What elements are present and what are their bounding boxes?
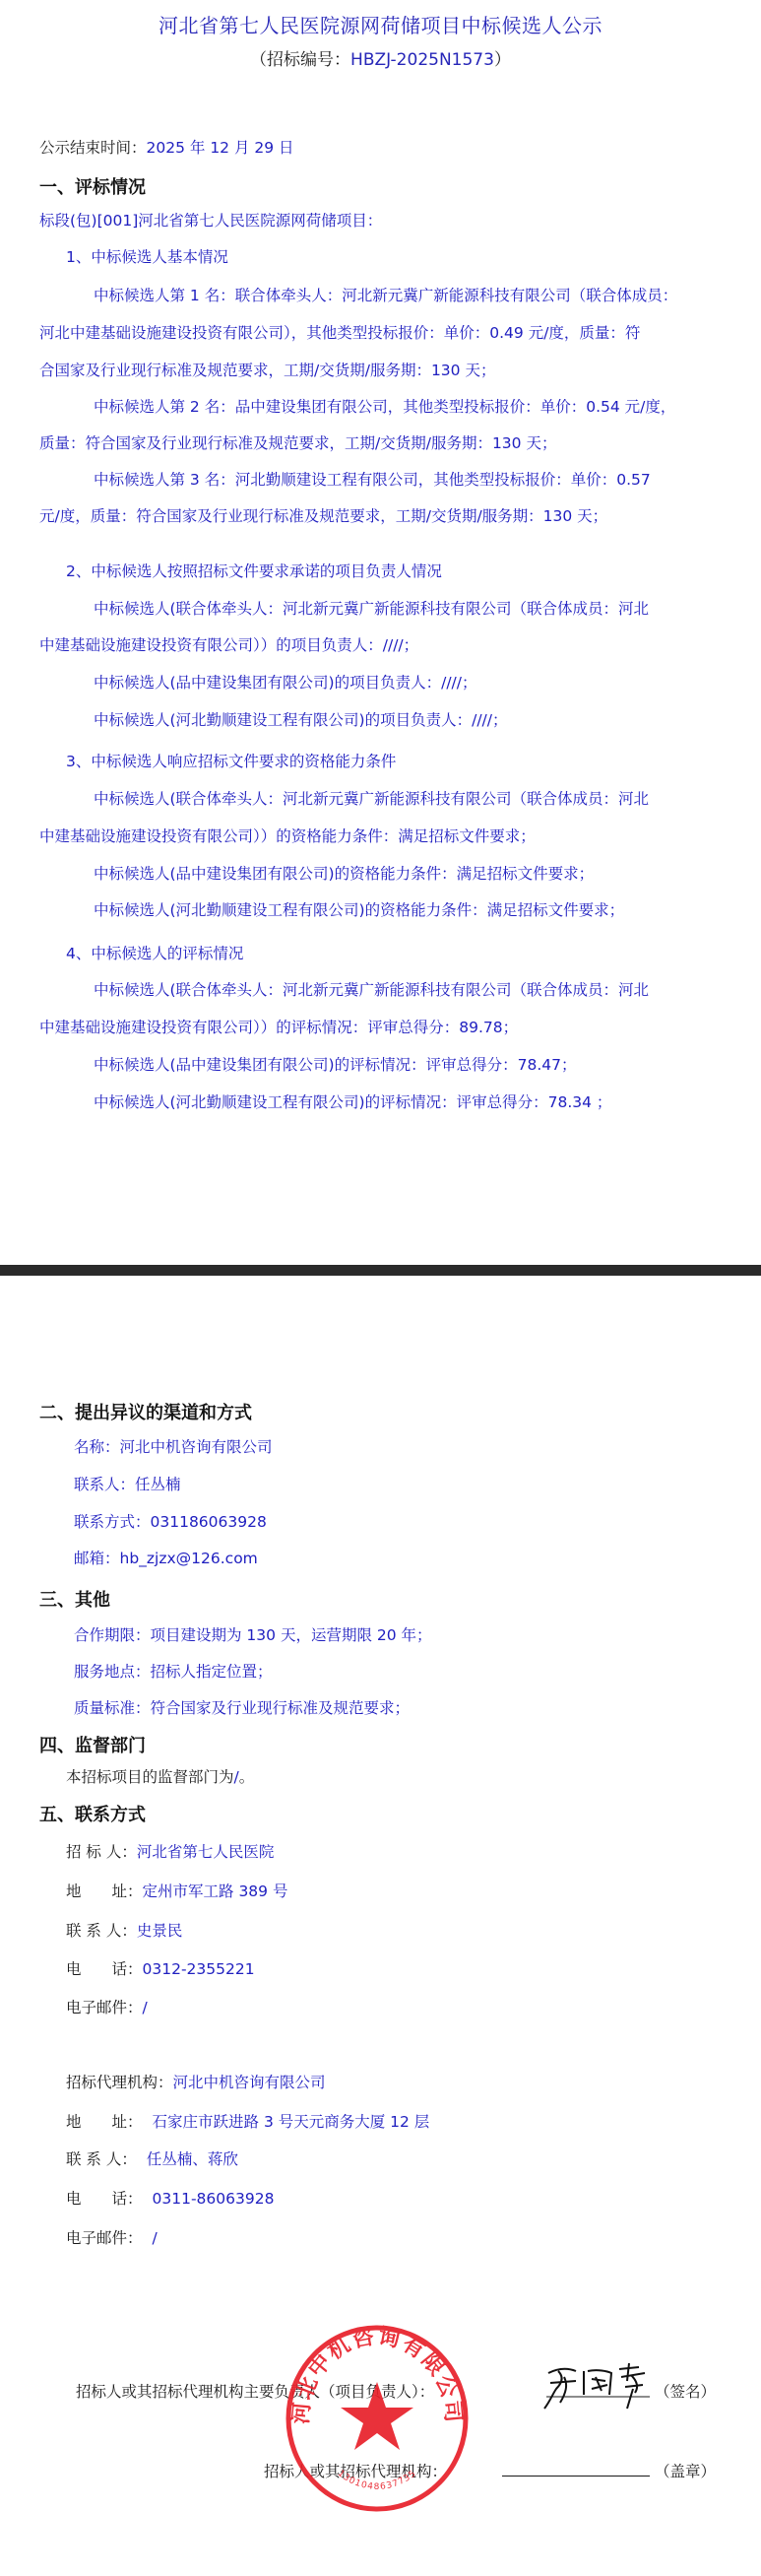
tenderer-contact-value: 史景民 — [137, 1922, 183, 1940]
subtitle-prefix: （招标编号： — [250, 50, 350, 70]
agency-email-value: / — [153, 2229, 158, 2247]
section-heading-other: 三、其他 — [39, 1586, 110, 1612]
seal-suffix: （盖章） — [655, 2460, 716, 2481]
tenderer-email-label: 电子邮件： — [66, 1999, 143, 2016]
subsection-heading-basic-info: 1、中标候选人基本情况 — [66, 245, 228, 267]
objection-contact-person: 联系人：任丛楠 — [74, 1473, 181, 1494]
qual-line-2: 中建基础设施建设投资有限公司））的资格能力条件：满足招标文件要求； — [39, 825, 536, 846]
candidate-2-line-2: 质量：符合国家及行业现行标准及规范要求，工期/交货期/服务期：130 天； — [39, 431, 556, 453]
tenderer-phone-label: 电 话： — [66, 1960, 143, 1978]
agency-contact-value: 任丛楠、蒋欣 — [147, 2150, 238, 2168]
tenderer-contact-label: 联 系 人： — [66, 1922, 137, 1940]
tenderer-phone-row: 电 话：0312-2355221 — [66, 1957, 255, 1979]
tenderer-address-label: 地 址： — [66, 1882, 143, 1900]
document-subtitle: （招标编号：HBZJ-2025N1573） — [0, 45, 761, 70]
tenderer-email-row: 电子邮件：/ — [66, 1996, 148, 2017]
objection-email[interactable]: 邮箱：hb_zjzx@126.com — [74, 1547, 258, 1568]
supervision-prefix: 本招标项目的监督部门为 — [66, 1768, 234, 1786]
page-break-divider — [0, 1265, 761, 1276]
other-cooperation-period: 合作期限：项目建设期为 130 天，运营期限 20 年； — [74, 1623, 432, 1645]
other-quality-standard: 质量标准：符合国家及行业现行标准及规范要求； — [74, 1696, 410, 1718]
candidate-3-line-2: 元/度，质量：符合国家及行业现行标准及规范要求，工期/交货期/服务期：130 天… — [39, 504, 607, 526]
qual-line-4: 中标候选人(河北勤顺建设工程有限公司)的资格能力条件：满足招标文件要求； — [94, 898, 624, 920]
principal-signature-suffix: （签名） — [655, 2380, 716, 2402]
objection-name: 名称：河北中机咨询有限公司 — [74, 1435, 273, 1457]
agency-email-label: 电子邮件： — [66, 2229, 143, 2247]
agency-name-label: 招标代理机构： — [66, 2074, 173, 2091]
tenderer-phone-value: 0312-2355221 — [143, 1960, 255, 1978]
tenderer-name-row: 招 标 人：河北省第七人民医院 — [66, 1840, 274, 1862]
tenderer-name-label: 招 标 人： — [66, 1843, 137, 1861]
end-time-label: 公示结束时间： — [39, 139, 147, 157]
section-heading-evaluation: 一、评标情况 — [39, 173, 146, 199]
company-seal-stamp-icon: 河北中机咨询有限公司 1301048637735 — [284, 2325, 471, 2512]
agency-name-value: 河北中机咨询有限公司 — [173, 2074, 326, 2091]
pm-line-3: 中标候选人(品中建设集团有限公司)的项目负责人：////； — [94, 671, 477, 693]
qual-line-3: 中标候选人(品中建设集团有限公司)的资格能力条件：满足招标文件要求； — [94, 862, 594, 884]
tenderer-contact-row: 联 系 人：史景民 — [66, 1919, 182, 1941]
handwritten-signature-icon — [537, 2359, 655, 2418]
candidate-1-line-1: 中标候选人第 1 名：联合体牵头人：河北新元冀广新能源科技有限公司（联合体成员： — [94, 284, 677, 305]
other-service-location: 服务地点：招标人指定位置； — [74, 1660, 273, 1682]
candidate-1-line-2: 河北中建基础设施建设投资有限公司），其他类型投标报价：单价：0.49 元/度，质… — [39, 321, 640, 343]
agency-contact-label: 联 系 人： — [66, 2150, 137, 2168]
tenderer-address-row: 地 址：定州市军工路 389 号 — [66, 1880, 287, 1901]
objection-phone: 联系方式：031186063928 — [74, 1510, 267, 1532]
pm-line-1: 中标候选人(联合体牵头人：河北新元冀广新能源科技有限公司（联合体成员：河北 — [94, 597, 649, 619]
section-heading-objection: 二、提出异议的渠道和方式 — [39, 1399, 252, 1424]
lot-line: 标段(包)[001]河北省第七人民医院源网荷储项目： — [39, 209, 382, 231]
document-title: 河北省第七人民医院源网荷储项目中标候选人公示 — [0, 10, 761, 38]
agency-email-row: 电子邮件：/ — [66, 2226, 158, 2248]
score-line-3: 中标候选人(品中建设集团有限公司)的评标情况：评审总得分：78.47； — [94, 1053, 576, 1075]
pm-line-2: 中建基础设施建设投资有限公司））的项目负责人：////； — [39, 633, 418, 655]
tender-code: HBZJ-2025N1573 — [350, 50, 494, 70]
seal-underline — [502, 2476, 650, 2477]
subsection-heading-evaluation-result: 4、中标候选人的评标情况 — [66, 942, 243, 963]
score-line-1: 中标候选人(联合体牵头人：河北新元冀广新能源科技有限公司（联合体成员：河北 — [94, 978, 649, 1000]
subsection-heading-qualification: 3、中标候选人响应招标文件要求的资格能力条件 — [66, 750, 396, 771]
subsection-heading-project-manager: 2、中标候选人按照招标文件要求承诺的项目负责人情况 — [66, 560, 442, 581]
tenderer-email-value: / — [143, 1999, 148, 2016]
score-line-2: 中建基础设施建设投资有限公司））的评标情况：评审总得分：89.78； — [39, 1016, 518, 1037]
supervision-suffix: 。 — [239, 1768, 255, 1786]
tenderer-name-value: 河北省第七人民医院 — [137, 1843, 275, 1861]
qual-line-1: 中标候选人(联合体牵头人：河北新元冀广新能源科技有限公司（联合体成员：河北 — [94, 787, 649, 809]
svg-text:1301048637735: 1301048637735 — [336, 2469, 418, 2492]
tenderer-address-value: 定州市军工路 389 号 — [143, 1882, 288, 1900]
agency-address-label: 地 址： — [66, 2113, 143, 2131]
candidate-3-line-1: 中标候选人第 3 名：河北勤顺建设工程有限公司，其他类型投标报价：单价：0.57 — [94, 468, 651, 490]
agency-phone-label: 电 话： — [66, 2190, 143, 2208]
agency-contact-row: 联 系 人：任丛楠、蒋欣 — [66, 2147, 238, 2169]
agency-address-value: 石家庄市跃进路 3 号天元商务大厦 12 层 — [153, 2113, 430, 2131]
end-time-row: 公示结束时间：2025 年 12 月 29 日 — [39, 136, 294, 158]
supervision-text: 本招标项目的监督部门为/。 — [66, 1765, 254, 1787]
section-heading-supervision: 四、监督部门 — [39, 1732, 146, 1757]
agency-address-row: 地 址：石家庄市跃进路 3 号天元商务大厦 12 层 — [66, 2110, 429, 2132]
subtitle-suffix: ） — [494, 50, 511, 70]
end-time-value: 2025 年 12 月 29 日 — [147, 139, 294, 157]
agency-phone-value: 0311-86063928 — [153, 2190, 275, 2208]
agency-phone-row: 电 话：0311-86063928 — [66, 2187, 274, 2209]
candidate-1-line-3: 合国家及行业现行标准及规范要求，工期/交货期/服务期：130 天； — [39, 359, 495, 380]
candidate-2-line-1: 中标候选人第 2 名：品中建设集团有限公司，其他类型投标报价：单价：0.54 元… — [94, 395, 675, 417]
section-heading-contact: 五、联系方式 — [39, 1801, 146, 1826]
score-line-4: 中标候选人(河北勤顺建设工程有限公司)的评标情况：评审总得分：78.34 ； — [94, 1090, 611, 1112]
pm-line-4: 中标候选人(河北勤顺建设工程有限公司)的项目负责人：////； — [94, 708, 508, 730]
agency-name-row: 招标代理机构：河北中机咨询有限公司 — [66, 2071, 326, 2092]
